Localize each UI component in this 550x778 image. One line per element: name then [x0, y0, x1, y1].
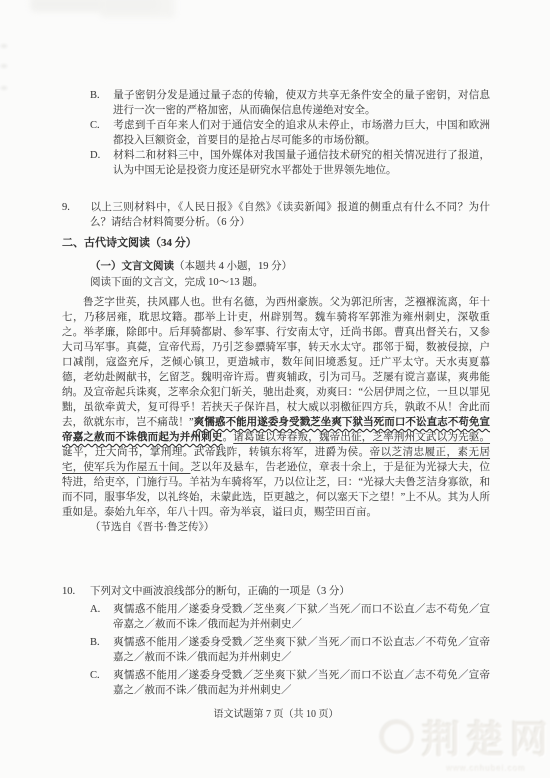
underlined-sentence-1: 诸葛诞以寿春叛，魏帝出征，芝率荆州文武以为先驱。	[233, 432, 490, 443]
option-label: B.	[90, 635, 113, 650]
scan-artifact	[100, 0, 175, 18]
question-10-option-b: B.爽懦惑不能用／遂委身受戮／芝坐爽下狱／当死／而口不讼直志／不苟免／宣帝嘉之／…	[62, 635, 490, 665]
question-8-option-c: C.考虑到千百年来人们对于通信安全的追求从未停止，市场潜力巨大，中国和欧洲都投入…	[62, 118, 490, 148]
question-9: 9.以上三则材料中，《人民日报》《自然》《读卖新闻》报道的侧重点有什么不同？为什…	[62, 200, 490, 230]
part-1-heading: （一）文言文阅读（本题共 4 小题，19 分）	[90, 258, 490, 275]
question-text: 以上三则材料中，《人民日报》《自然》《读卖新闻》报道的侧重点有什么不同？为什么？…	[90, 202, 490, 228]
passage-text: 。	[223, 432, 234, 443]
option-label: C.	[90, 118, 113, 133]
option-text: 材料二和材料三中，国外媒体对我国量子通信技术研究的相关情况进行了报道，认为中国无…	[113, 150, 490, 176]
option-text: 考虑到千百年来人们对于通信安全的追求从未停止，市场潜力巨大，中国和欧洲都投入巨额…	[113, 120, 490, 146]
option-label: C.	[90, 668, 113, 683]
question-number: 10.	[62, 584, 90, 599]
part-1-points: （本题共 4 小题，19 分）	[174, 261, 292, 272]
watermark-url-blur: www.cnhubei.com	[447, 764, 526, 773]
reading-instruction: 阅读下面的文言文，完成 10～13 题。	[90, 275, 490, 291]
option-text: 量子密钥分发是通过量子态的传输，使双方共享无条件安全的量子密钥，对信息进行一次一…	[113, 90, 490, 116]
question-number: 9.	[62, 200, 90, 215]
question-10-option-a: A.爽懦惑不能用／遂委身受戮／芝坐爽／下狱／当死／而口不讼直／志不苟免／宣帝嘉之…	[62, 602, 490, 632]
watermark-logo-icon	[380, 720, 414, 754]
question-stem: 下列对文中画波浪线部分的断句，正确的一项是（3 分）	[90, 586, 350, 597]
question-8-option-b: B.量子密钥分发是通过量子态的传输，使双方共享无条件安全的量子密钥，对信息进行一…	[62, 88, 490, 118]
passage-source: （节选自《晋书·鲁芝传》）	[90, 520, 490, 536]
passage-text: 鲁芝字世英，扶风郿人也。世有名德，为西州豪族。父为郭氾所害，芝襁褓流离，年十七，…	[62, 297, 490, 428]
page-content: B.量子密钥分发是通过量子态的传输，使双方共享无条件安全的量子密钥，对信息进行一…	[62, 88, 490, 722]
part-1-title: （一）文言文阅读	[90, 261, 174, 272]
scan-artifact	[1, 44, 7, 48]
question-10: 10.下列对文中画波浪线部分的断句，正确的一项是（3 分）	[62, 584, 490, 599]
option-text: 爽懦惑不能用／遂委身受戮／芝坐爽下狱／当死／而口不讼直志／不苟免／宣帝嘉之／赦而…	[113, 637, 490, 663]
watermark: 荆楚网 www.cnhubei.com	[380, 709, 550, 764]
question-10-option-c: C.爽懦惑不能用／遂委身受戮／芝坐爽下狱／当死／而口不讼直／志不苟免／宣帝嘉之／…	[62, 668, 490, 698]
option-label: A.	[90, 602, 113, 617]
scan-artifact	[1, 86, 7, 90]
option-text: 爽懦惑不能用／遂委身受戮／芝坐爽／下狱／当死／而口不讼直／志不苟免／宣帝嘉之／赦…	[113, 604, 490, 630]
option-label: D.	[90, 148, 113, 163]
watermark-text: 荆楚网	[422, 709, 550, 764]
option-label: B.	[90, 88, 113, 103]
section-2-heading: 二、古代诗文阅读（34 分）	[62, 235, 490, 252]
scan-artifact	[1, 64, 7, 68]
classical-chinese-passage: 鲁芝字世英，扶风郿人也。世有名德，为西州豪族。父为郭氾所害，芝襁褓流离，年十七，…	[62, 295, 490, 520]
exam-page-scan: B.量子密钥分发是通过量子态的传输，使双方共享无条件安全的量子密钥，对信息进行一…	[0, 0, 550, 778]
passage-text: 诞平，迁大尚书，掌刑理。武帝践阼，转镇东将军，进爵为侯。	[62, 447, 370, 458]
option-text: 爽懦惑不能用／遂委身受戮／芝坐爽下狱／当死／而口不讼直／志不苟免／宣帝嘉之／赦而…	[113, 670, 490, 696]
question-8-option-d: D.材料二和材料三中，国外媒体对我国量子通信技术研究的相关情况进行了报道，认为中…	[62, 148, 490, 178]
